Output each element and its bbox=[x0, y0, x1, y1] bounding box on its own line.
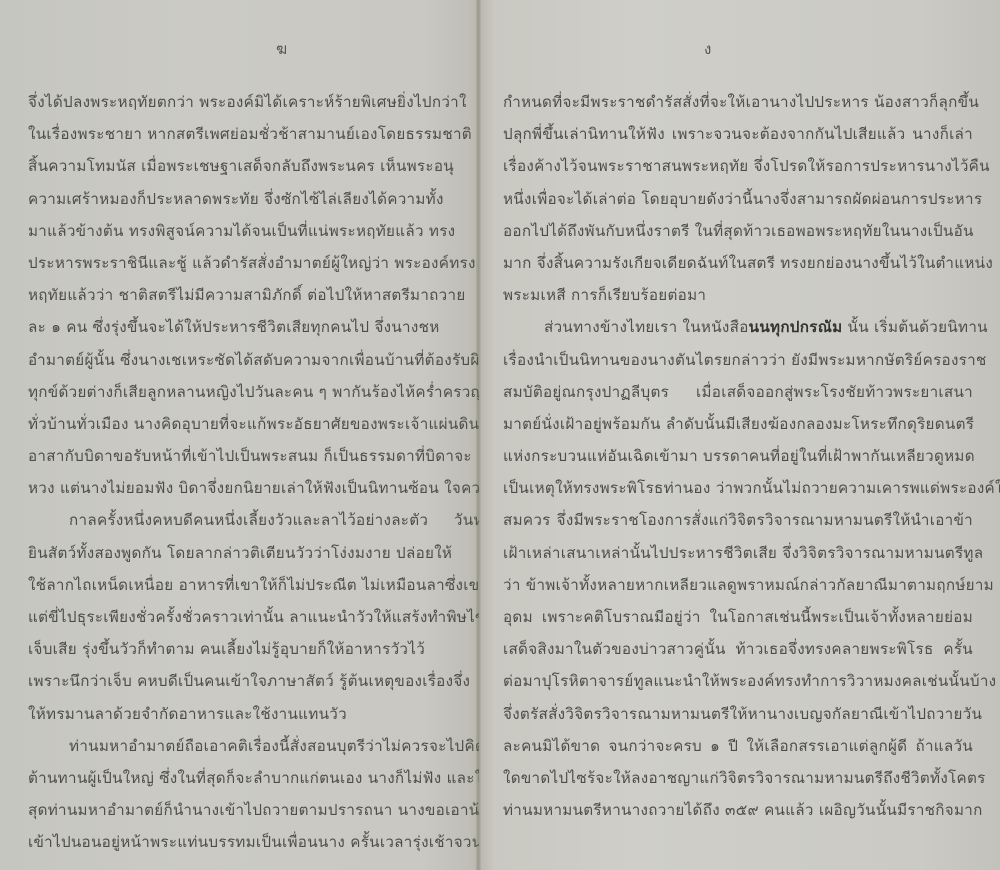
text-line: ท่านมหาอำมาตย์ถือเอาคติเรื่องนี้สั่งสอนบ… bbox=[28, 730, 479, 762]
text-line: เรื่องค้างไว้จนพระราชาสนพระหฤทัย จึ่งโปร… bbox=[503, 150, 973, 182]
text-line: ให้ทรมานลาด้วยจำกัดอาหารและใช้งานแทนวัว bbox=[28, 698, 479, 730]
text-line: ปลุกพี่ขึ้นเล่านิทานให้ฟัง เพราะจวนจะต้อ… bbox=[503, 118, 973, 150]
text-line: พระมเหสี การก็เรียบร้อยต่อมา bbox=[503, 279, 973, 311]
text-line: ความเศร้าหมองก็ประหลาดพระทัย จึ่งซักไซ้ไ… bbox=[28, 183, 479, 215]
text-line: สมควร จึ่งมีพระราชโองการสั่งแก่วิจิตรวิจ… bbox=[503, 504, 973, 536]
line-text: ส่วนทางข้างไทยเรา ในหนังสือ bbox=[503, 318, 749, 336]
text-line: หนึ่งเพื่อจะได้เล่าต่อ โดยอุบายดังว่านี้… bbox=[503, 183, 973, 215]
text-line: สมบัติอยู่ณกรุงปาฏลีบุตร เมื่อเสด็จออกสู… bbox=[503, 376, 973, 408]
text-line: ต่อมาปุโรหิตาจารย์ทูลแนะนำให้พระองค์ทรงท… bbox=[503, 665, 973, 697]
right-page-text: กำหนดที่จะมีพระราชดำรัสสั่งที่จะให้เอานา… bbox=[503, 86, 973, 826]
text-line-with-title: ส่วนทางข้างไทยเรา ในหนังสือนนทุกปกรณัม น… bbox=[503, 311, 973, 343]
text-line: กำหนดที่จะมีพระราชดำรัสสั่งที่จะให้เอานา… bbox=[503, 86, 973, 118]
text-line: เพราะนึกว่าเจ็บ คหบดีเป็นคนเข้าใจภาษาสัต… bbox=[28, 665, 479, 697]
text-line: ต้านทานผู้เป็นใหญ่ ซึ่งในที่สุดก็จะลำบาก… bbox=[28, 762, 479, 794]
text-line: ใดขาดไปไซร้จะให้ลงอาชญาแก่วิจิตรวิจารณาม… bbox=[503, 762, 973, 794]
left-page-number: ฆ bbox=[276, 37, 287, 61]
text-line: ละคนมิได้ขาด จนกว่าจะครบ ๑ ปี ให้เลือกสร… bbox=[503, 730, 973, 762]
left-page: ฆ จึ่งได้ปลงพระหฤทัยตกว่า พระองค์มิได้เค… bbox=[0, 0, 479, 870]
text-line: จึ่งตรัสสั่งวิจิตรวิจารณามหามนตรีให้หานา… bbox=[503, 698, 973, 730]
text-line: ทุกข์ด้วยต่างก็เสียลูกหลานหญิงไปวันละคน … bbox=[28, 376, 479, 408]
text-line: มาตย์นั่งเฝ้าอยู่พร้อมกัน ลำดับนั้นมีเสี… bbox=[503, 408, 973, 440]
text-line: อุดม เพราะคติโบราณมีอยู่ว่า ในโอกาสเช่นน… bbox=[503, 601, 973, 633]
text-line: เข้าไปนอนอยู่หน้าพระแท่นบรรทมเป็นเพื่อนน… bbox=[28, 826, 479, 858]
left-page-text: จึ่งได้ปลงพระหฤทัยตกว่า พระองค์มิได้เครา… bbox=[28, 86, 479, 859]
text-line: หฤทัยแล้วว่า ชาติสตรีไม่มีความสามิภักดิ์… bbox=[28, 279, 479, 311]
text-line: ในเรื่องพระชายา หากสตรีเพศย่อมชั่วช้าสาม… bbox=[28, 118, 479, 150]
text-line: ใช้ลากไถเหน็ดเหนื่อย อาหารที่เขาให้ก็ไม่… bbox=[28, 569, 479, 601]
text-line: ยินสัตว์ทั้งสองพูดกัน โดยลากล่าวติเตียนว… bbox=[28, 537, 479, 569]
text-line: อำมาตย์ผู้นั้น ซึ่งนางเชเหระซัดได้สดับคว… bbox=[28, 344, 479, 376]
text-line: มาแล้วข้างต้น ทรงพิสูจน์ความได้จนเป็นที่… bbox=[28, 215, 479, 247]
right-page-number: ง bbox=[704, 37, 711, 61]
text-line: เจ็บเสีย รุ่งขึ้นวัวก็ทำตาม คนเลี้ยงไม่ร… bbox=[28, 633, 479, 665]
text-line: อาสากับบิดาขอรับหน้าที่เข้าไปเป็นพระสนม … bbox=[28, 440, 479, 472]
text-line: หวง แต่นางไม่ยอมฟัง บิดาจึ่งยกนิยายเล่าใ… bbox=[28, 472, 479, 504]
text-line: ว่า ข้าพเจ้าทั้งหลายหากเหลียวแลดูพราหมณ์… bbox=[503, 569, 973, 601]
text-line: เป็นเหตุให้ทรงพระพิโรธท่านอง ว่าพวกนั้นไ… bbox=[503, 472, 973, 504]
text-line: ทั่วบ้านทั่วเมือง นางคิดอุบายที่จะแก้พระ… bbox=[28, 408, 479, 440]
text-line: ละ ๑ คน ซึ่งรุ่งขึ้นจะได้ให้ประหารชีวิตเ… bbox=[28, 311, 479, 343]
text-line: สุดท่านมหาอำมาตย์ก็นำนางเข้าไปถวายตามปรา… bbox=[28, 794, 479, 826]
text-line: เสด็จสิงมาในตัวของบ่าวสาวคู่นั้น ท้าวเธอ… bbox=[503, 633, 973, 665]
text-line: ประหารพระราชินีและชู้ แล้วดำรัสสั่งอำมาต… bbox=[28, 247, 479, 279]
line-text: นั้น เริ่มต้นด้วยนิทาน bbox=[842, 318, 987, 336]
text-line: แต่ขี่ไปธุระเพียงชั่วครั้งชั่วคราวเท่านั… bbox=[28, 601, 479, 633]
text-line: เฝ้าเหล่าเสนาเหล่านั้นไปประหารชีวิตเสีย … bbox=[503, 537, 973, 569]
text-line: มาก จึ่งสิ้นความรังเกียจเดียดฉันท์ในสตรี… bbox=[503, 247, 973, 279]
text-line: สิ้นความโทมนัส เมื่อพระเชษฐาเสด็จกลับถึง… bbox=[28, 150, 479, 182]
book-gutter bbox=[476, 0, 481, 870]
text-line: แห่งกระบวนแห่อันเฉิดเข้ามา บรรดาคนที่อยู… bbox=[503, 440, 973, 472]
book-title: นนทุกปกรณัม bbox=[749, 318, 843, 336]
text-line: ออกไปได้ถึงพันกับหนึ่งราตรี ในที่สุดท้าว… bbox=[503, 215, 973, 247]
text-line: เรื่องนำเป็นนิทานของนางตันไตรยกล่าวว่า ย… bbox=[503, 344, 973, 376]
text-line: จึ่งได้ปลงพระหฤทัยตกว่า พระองค์มิได้เครา… bbox=[28, 86, 479, 118]
right-page: ง กำหนดที่จะมีพระราชดำรัสสั่งที่จะให้เอา… bbox=[479, 0, 1000, 870]
book-spread: ฆ จึ่งได้ปลงพระหฤทัยตกว่า พระองค์มิได้เค… bbox=[0, 0, 1000, 870]
text-line: ท่านมหามนตรีหานางถวายได้ถึง ๓๕๙ คนแล้ว เ… bbox=[503, 794, 973, 826]
text-line: กาลครั้งหนึ่งคหบดีคนหนึ่งเลี้ยงวัวและลาไ… bbox=[28, 504, 479, 536]
